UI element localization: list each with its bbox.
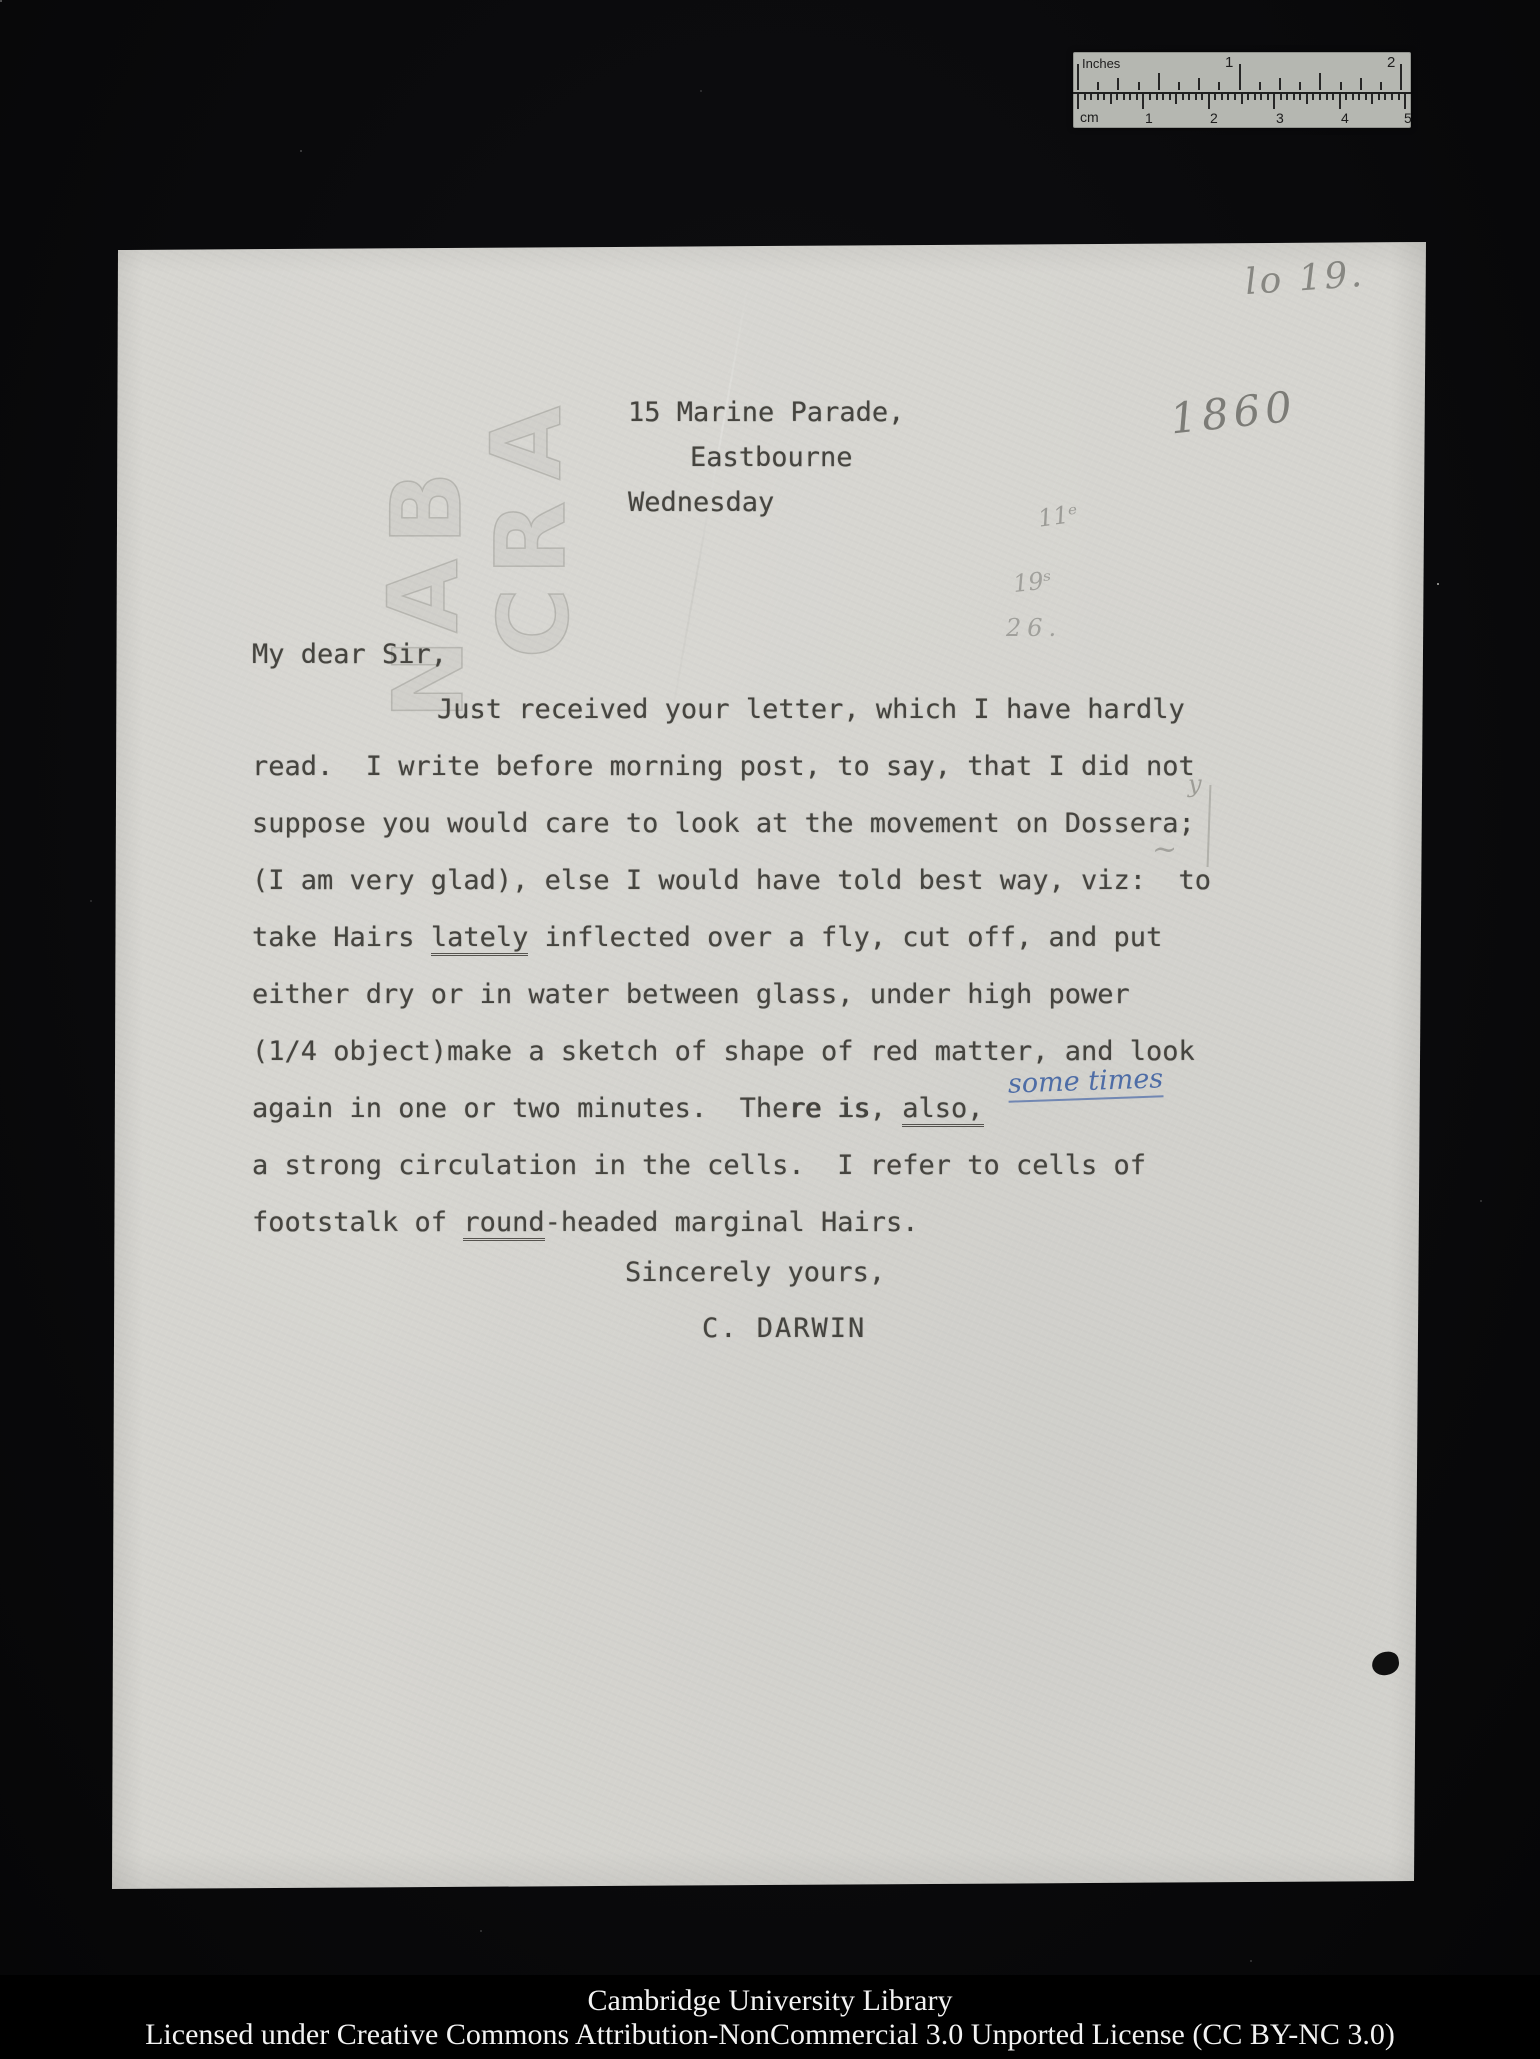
letter-body-line: read. I write before morning post, to sa…: [252, 750, 1195, 784]
letter-body-line: (1/4 object)make a sketch of shape of re…: [252, 1035, 1195, 1069]
pencil-note: 19ˢ: [1012, 566, 1053, 598]
pencil-correction-squiggle: ~: [1152, 832, 1177, 867]
pencil-note: 26.: [1006, 614, 1062, 642]
footer-library-credit: Cambridge University Library: [0, 1984, 1540, 2018]
pencil-year-annotation: 1860: [1168, 382, 1299, 444]
address-line: 15 Marine Parade,: [628, 396, 904, 430]
letter-body-line: again in one or two minutes. There is, a…: [252, 1092, 984, 1126]
paper-watermark-letter: B: [371, 458, 483, 558]
address-line: Eastbourne: [690, 441, 853, 475]
pencil-correction-letter: y: [1188, 770, 1202, 798]
salutation: My dear Sir,: [252, 638, 447, 672]
ruler-inches-label: Inches: [1082, 56, 1120, 71]
letter-body-line: footstalk of round-headed marginal Hairs…: [252, 1206, 918, 1240]
ruler-inch-number: 1: [1225, 54, 1233, 71]
letter-body-line: either dry or in water between glass, un…: [252, 978, 1130, 1012]
closing: Sincerely yours,: [625, 1256, 885, 1290]
ruler-cm-label: cm: [1080, 109, 1099, 125]
pencil-correction-stroke: [1207, 785, 1212, 867]
footer-license: Licensed under Creative Commons Attribut…: [0, 2018, 1540, 2052]
pencil-note: 11ᵉ: [1036, 499, 1079, 532]
letter-body-line: take Hairs lately inflected over a fly, …: [252, 921, 1162, 955]
ruler-inches-row: Inches 1 2: [1073, 52, 1411, 94]
letter-body-line: (I am very glad), else I would have told…: [252, 864, 1211, 898]
ruler-cm-number: 4: [1341, 110, 1349, 126]
ruler-cm-number: 5: [1404, 110, 1412, 126]
letter-page: A R C B A N lo 19. 1860 11ᵉ 19ˢ 26. 15 M…: [110, 240, 1430, 1892]
address-line: Wednesday: [628, 486, 774, 520]
measurement-ruler: Inches 1 2 cm 1 2 3 4 5: [1073, 52, 1411, 128]
pencil-shelf-mark: lo 19.: [1244, 254, 1366, 303]
ruler-cm-number: 1: [1145, 110, 1153, 126]
signature: C. DARWIN: [702, 1312, 866, 1346]
dust-specks: [0, 0, 2, 2]
ruler-cm-number: 2: [1210, 110, 1218, 126]
paper-watermark-letter: C: [478, 573, 590, 673]
paper-watermark-letter: A: [471, 393, 583, 493]
ink-spot: [1371, 1650, 1401, 1677]
letter-body-line: Just received your letter, which I have …: [437, 693, 1185, 727]
ruler-inch-number: 2: [1387, 54, 1395, 71]
letter-body-line: a strong circulation in the cells. I ref…: [252, 1149, 1146, 1183]
letter-body-line: suppose you would care to look at the mo…: [252, 807, 1195, 841]
ruler-cm-row: cm 1 2 3 4 5: [1073, 94, 1411, 128]
ruler-cm-number: 3: [1276, 110, 1284, 126]
ink-insertion: some times: [1007, 1063, 1163, 1102]
